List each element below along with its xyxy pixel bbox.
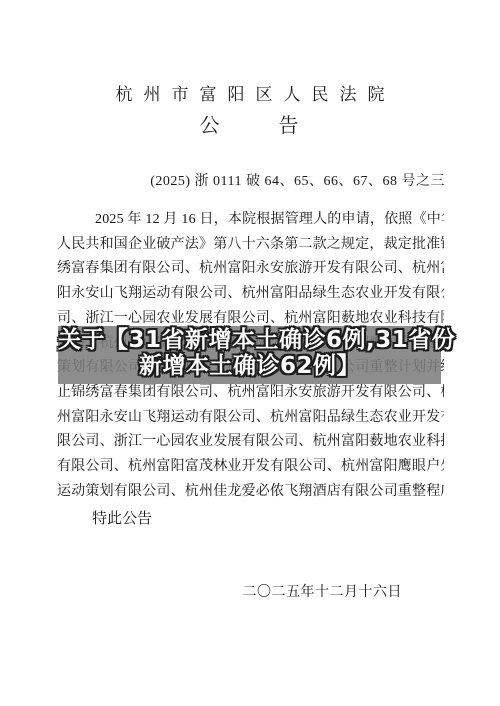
closing-text: 特此公告 [57, 507, 444, 531]
body-line: 州富阳永安山飞翔运动有限公司、杭州富阳品绿生态农业开发有 [57, 406, 444, 431]
body-line: 限公司、浙江一心园农业发展有限公司、杭州富阳薮地农业科技 [57, 430, 444, 455]
body-line: 止锦绣富春集团有限公司、杭州富阳永安旅游开发有限公司、杭 [57, 381, 444, 406]
body-line: 人民共和国企业破产法》第八十六条第二款之规定，裁定批准锦 [57, 233, 444, 258]
body-line: 2025 年 12 月 16 日，本院根据管理人的申请，依照《中华 [57, 208, 444, 233]
body-line: 绣富春集团有限公司、杭州富阳永安旅游开发有限公司、杭州富 [57, 257, 444, 282]
headline-line-1: 关于【31省新增本土确诊6例,31省份 [58, 327, 441, 353]
notice-title: 公 告 [0, 109, 500, 138]
headline-line-2: 新增本土确诊62例】 [58, 353, 441, 379]
body-line: 阳永安山飞翔运动有限公司、杭州富阳品绿生态农业开发有限公 [57, 282, 444, 307]
case-number: (2025) 浙 0111 破 64、65、66、67、68 号之三 [57, 172, 445, 192]
court-name: 杭州市富阳区人民法院 [0, 80, 500, 105]
headline-overlay-banner: 关于【31省新增本土确诊6例,31省份 新增本土确诊62例】 [58, 326, 441, 384]
body-line: 运动策划有限公司、杭州佳龙爱必侬飞翔酒店有限公司重整程序。 [57, 480, 444, 505]
document-date: 二〇二五年十二月十六日 [57, 583, 402, 603]
body-line: 有限公司、杭州富阳富茂林业开发有限公司、杭州富阳鹰眼户外 [57, 455, 444, 480]
court-notice-document: 杭州市富阳区人民法院 公 告 (2025) 浙 0111 破 64、65、66、… [0, 0, 500, 706]
